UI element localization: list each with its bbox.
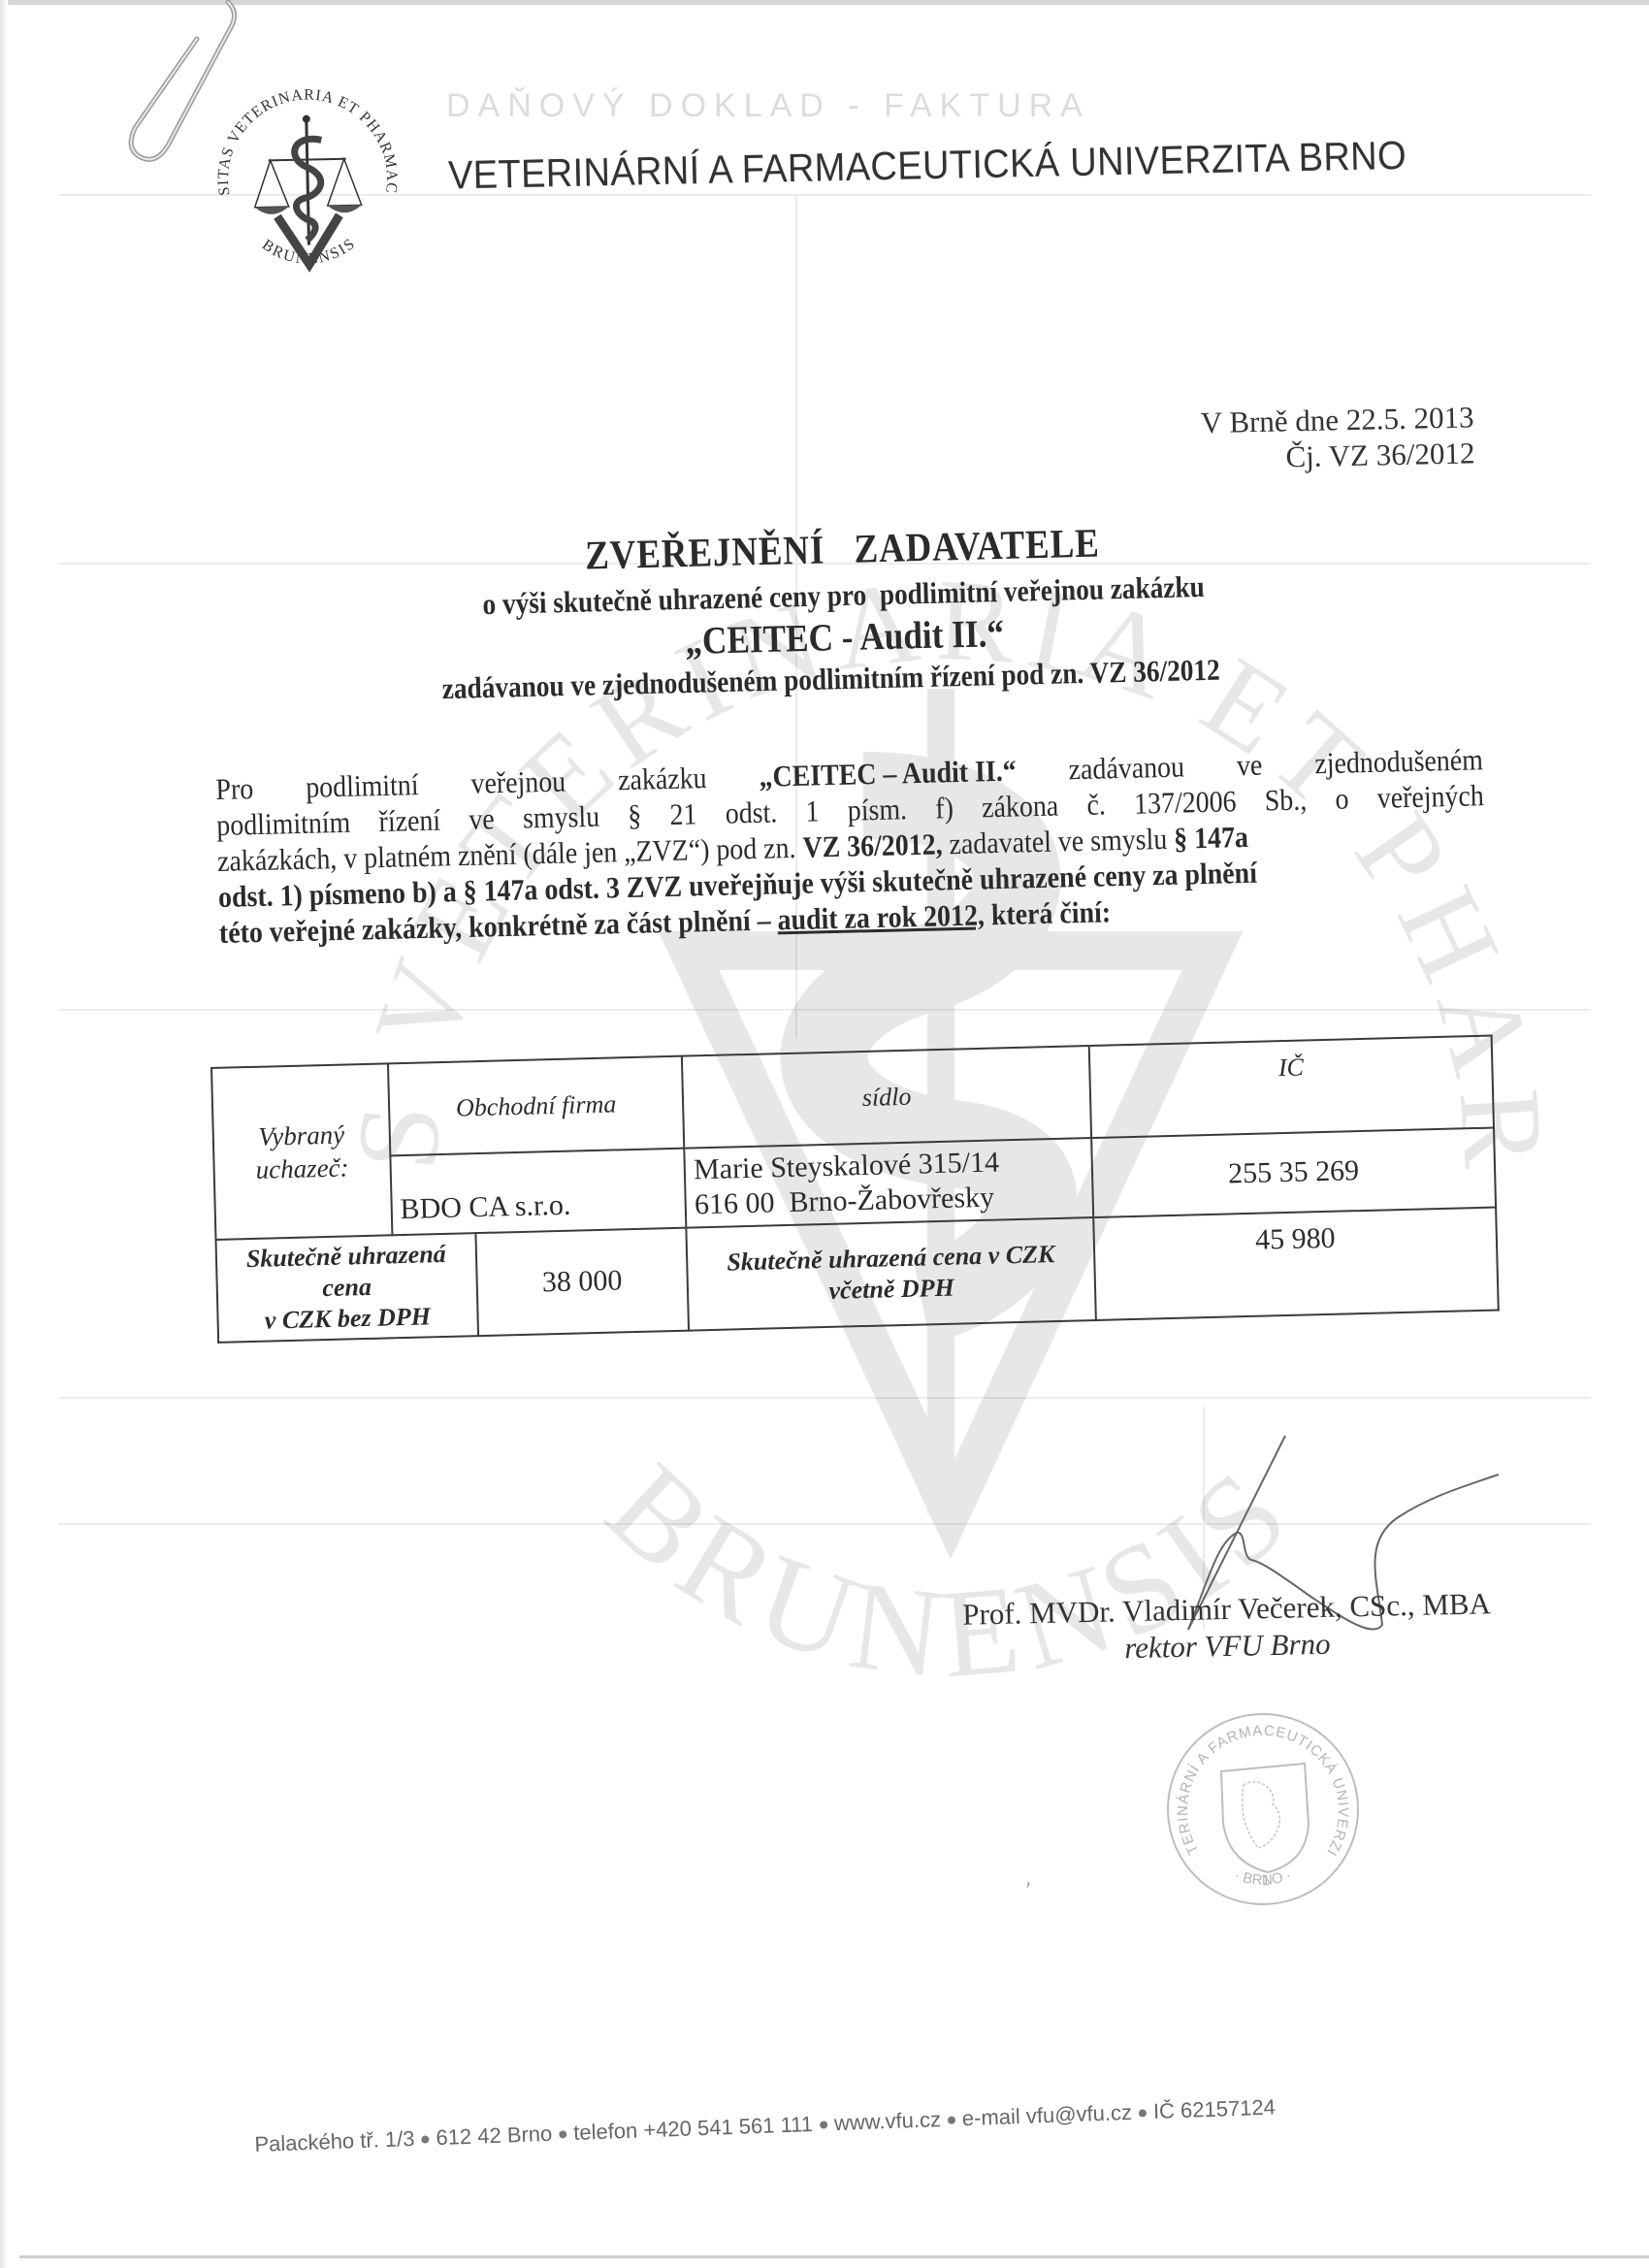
word: podlimitním [216, 804, 351, 843]
body-paragraph: Propodlimitníveřejnouzakázku„CEITEC – Au… [215, 741, 1500, 951]
word: ve [1237, 747, 1263, 784]
price-incl-vat-label: Skutečně uhrazená cena v CZKvčetně DPH [687, 1217, 1096, 1331]
university-seal-logo: UNIVERSITAS VETERINARIA ET PHARMACEUTICA… [199, 78, 417, 296]
footer-web[interactable]: www.vfu.cz [834, 2107, 942, 2135]
price-excl-vat-value: 38 000 [475, 1228, 689, 1336]
letterhead-footer: Palackého tř. 1/3612 42 Brnotelefon +420… [254, 2094, 1276, 2157]
svg-text:VETERINÁRNÍ A FARMACEUTICKÁ UN: VETERINÁRNÍ A FARMACEUTICKÁ UNIVERZITA [1161, 1707, 1351, 1860]
reference-number: Čj. VZ 36/2012 [1135, 435, 1475, 477]
selected-bidder-label: Vybranýuchazeč: [211, 1063, 392, 1240]
bullet-icon [421, 2136, 429, 2144]
word: o [1335, 780, 1349, 816]
word: řízení [378, 802, 440, 839]
word: f) [935, 790, 954, 826]
word: 21 [669, 795, 697, 832]
word: 1 [805, 793, 820, 828]
footer-email[interactable]: e-mail vfu@vfu.cz [961, 2100, 1132, 2130]
word: „CEITEC – Audit II.“ [759, 753, 1017, 794]
scan-edge-left [0, 0, 8, 2268]
footer-phone: telefon +420 541 561 111 [573, 2112, 814, 2145]
price-excl-vat-label: Skutečně uhrazená cenav CZK bez DPH [216, 1233, 478, 1343]
firm-ic: 255 35 269 [1091, 1128, 1496, 1217]
word: 137/2006 [1134, 783, 1237, 821]
word: § [628, 797, 642, 833]
audit-year-underlined: audit za rok 2012, [777, 897, 985, 936]
award-table: Vybranýuchazeč: Obchodní firma sídlo IČ … [210, 1035, 1500, 1344]
firm-name: BDO CA s.r.o. [390, 1149, 686, 1236]
word: odst. [725, 794, 777, 830]
svg-text:1: 1 [1262, 1872, 1270, 1889]
header-ic: IČ [1089, 1036, 1494, 1138]
scan-speck: ′ [1026, 1877, 1031, 1902]
signatory: Prof. MVDr. Vladimír Večerek, CSc., MBA … [925, 1585, 1528, 1671]
university-name: VETERINÁRNÍ A FARMACEUTICKÁ UNIVERZITA B… [448, 133, 1407, 199]
footer-address: Palackého tř. 1/3 [254, 2126, 415, 2156]
bullet-icon [559, 2130, 566, 2138]
footer-ic: IČ 62157124 [1152, 2094, 1276, 2123]
word: zjednodušeném [1314, 741, 1483, 781]
word: zadávanou [1068, 748, 1184, 787]
letterhead: UNIVERSITAS VETERINARIA ET PHARMACEUTICA… [194, 56, 1460, 306]
word: Sb., [1264, 782, 1307, 819]
document-title: ZVEŘEJNĚNÍ ZADAVATELE o výši skutečně uh… [318, 511, 1370, 711]
firm-seat: Marie Steyskalové 315/14 616 00 Brno-Žab… [685, 1138, 1094, 1228]
word: zakázku [618, 760, 707, 797]
word: veřejných [1376, 777, 1484, 816]
price-incl-vat-value: 45 980 [1093, 1208, 1499, 1320]
word: Pro [215, 770, 254, 807]
bullet-icon [948, 2117, 955, 2124]
word: č. [1086, 786, 1106, 822]
word: veřejnou [470, 763, 566, 801]
word: podlimitní [306, 766, 419, 805]
dateline: V Brně dne 22.5. 2013 Čj. VZ 36/2012 [1134, 399, 1474, 477]
header-firm: Obchodní firma [388, 1056, 685, 1156]
bullet-icon [820, 2122, 827, 2129]
word: písm. [847, 791, 907, 827]
svg-text:UNIVERSITAS VETERINARIA ET PHA: UNIVERSITAS VETERINARIA ET PHARMACEUTICA [199, 78, 401, 199]
footer-city: 612 42 Brno [436, 2122, 553, 2150]
word: zákona [982, 788, 1059, 826]
scan-edge-top [0, 0, 1649, 5]
header-seat: sídlo [682, 1046, 1091, 1149]
word: smyslu [523, 798, 600, 836]
official-stamp: VETERINÁRNÍ A FARMACEUTICKÁ UNIVERZITA ·… [1161, 1707, 1365, 1911]
bullet-icon [1139, 2109, 1147, 2117]
scan-edge-bottom [19, 2255, 1649, 2258]
word: ve [469, 800, 495, 837]
